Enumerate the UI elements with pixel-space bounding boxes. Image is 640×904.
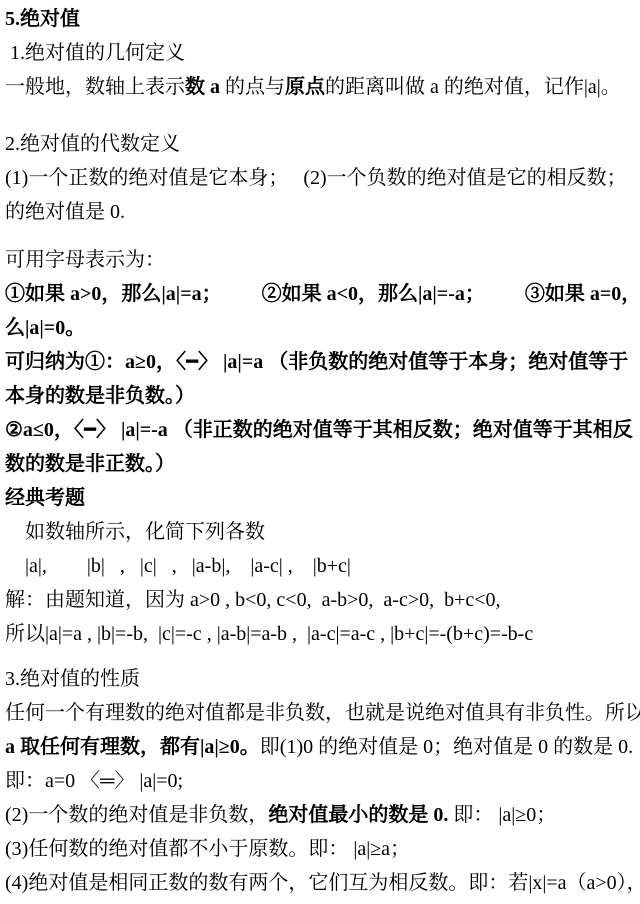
heading-properties: 3.绝对值的性质 bbox=[5, 662, 635, 696]
text-segment: |a|, |b| , |c| , |a-b|, |a-c| , |b+c| bbox=[5, 555, 351, 577]
text-segment: ②a≤0，〈━〉 |a|=-a （非正数的绝对值等于其相反数；绝对值等于其相反 bbox=[5, 419, 633, 441]
text-segment: ①如果 a>0，那么|a|=a； ②如果 a<0，那么|a|=-a； ③如果 a… bbox=[5, 283, 640, 305]
summary-rule-2-line-1: ②a≤0，〈━〉 |a|=-a （非正数的绝对值等于其相反数；绝对值等于其相反 bbox=[5, 413, 635, 447]
text-segment: 5.绝对值 bbox=[5, 8, 80, 30]
text-segment: (1)一个正数的绝对值是它本身； (2)一个负数的绝对值是它的相反数； (3)0 bbox=[5, 167, 640, 189]
text-segment: 经典考题 bbox=[5, 487, 85, 509]
solution-line-1: 解：由题知道，因为 a>0 , b<0, c<0, a-b>0, a-c>0, … bbox=[5, 583, 635, 617]
property-2: (2)一个数的绝对值是非负数，绝对值最小的数是 0. 即： |a|≥0； bbox=[5, 798, 635, 832]
heading-classic-problems: 经典考题 bbox=[5, 481, 635, 515]
property-3: (3)任何数的绝对值都不小于原数。即： |a|≥a； bbox=[5, 832, 635, 866]
text-segment: a 取任何有理数，都有|a|≥0。 bbox=[5, 736, 260, 758]
text-segment: 所以|a|=a , |b|=-b, |c|=-c , |a-b|=a-b , |… bbox=[5, 623, 533, 645]
letter-cases-line-1: ①如果 a>0，那么|a|=a； ②如果 a<0，那么|a|=-a； ③如果 a… bbox=[5, 277, 635, 311]
text-segment: 数的数是非正数。） bbox=[5, 453, 175, 475]
text-segment: 的绝对值是 0. bbox=[5, 201, 125, 223]
algebraic-definition-line-1: (1)一个正数的绝对值是它本身； (2)一个负数的绝对值是它的相反数； (3)0 bbox=[5, 161, 635, 195]
heading-geometric-definition: 1.绝对值的几何定义 bbox=[5, 36, 635, 70]
text-segment: 即：a=0 〈═〉 |a|=0; bbox=[5, 770, 183, 792]
algebraic-definition-line-2: 的绝对值是 0. bbox=[5, 195, 635, 229]
heading-letter-notation: 可用字母表示为： bbox=[5, 243, 635, 277]
text-segment: 1.绝对值的几何定义 bbox=[5, 42, 185, 64]
summary-rule-1-line-1: 可归纳为①：a≥0，〈━〉 |a|=a （非负数的绝对值等于本身；绝对值等于 bbox=[5, 345, 635, 379]
text-segment: (2)一个数的绝对值是非负数， bbox=[5, 804, 268, 826]
text-segment: 可归纳为①：a≥0，〈━〉 |a|=a （非负数的绝对值等于本身；绝对值等于 bbox=[5, 351, 628, 373]
text-segment: 本身的数是非负数。） bbox=[5, 385, 195, 407]
problem-statement: 如数轴所示，化简下列各数 bbox=[5, 515, 635, 549]
summary-rule-2-line-2: 数的数是非正数。） bbox=[5, 447, 635, 481]
text-segment: 的距离叫做 a 的绝对值，记作|a|。 bbox=[325, 76, 621, 98]
text-segment: 如数轴所示，化简下列各数 bbox=[5, 521, 265, 543]
text-segment: 任何一个有理数的绝对值都是非负数，也就是说绝对值具有非负性。所以, bbox=[5, 702, 640, 724]
solution-line-2: 所以|a|=a , |b|=-b, |c|=-c , |a-b|=a-b , |… bbox=[5, 617, 635, 651]
text-segment: 绝对值最小的数是 0. bbox=[268, 804, 448, 826]
title-absolute-value: 5.绝对值 bbox=[5, 2, 635, 36]
summary-rule-1-line-2: 本身的数是非负数。） bbox=[5, 379, 635, 413]
property-1-note: 即：a=0 〈═〉 |a|=0; bbox=[5, 764, 635, 798]
text-segment: 数 a bbox=[185, 76, 225, 98]
geometric-definition-body: 一般地，数轴上表示数 a 的点与原点的距离叫做 a 的绝对值，记作|a|。 bbox=[5, 70, 635, 104]
text-segment: 即(1)0 的绝对值是 0；绝对值是 0 的数是 0. bbox=[260, 736, 633, 758]
text-segment: 2.绝对值的代数定义 bbox=[5, 133, 180, 155]
problem-expressions: |a|, |b| , |c| , |a-b|, |a-c| , |b+c| bbox=[5, 549, 635, 583]
text-segment: 一般地，数轴上表示 bbox=[5, 76, 185, 98]
property-4: (4)绝对值是相同正数的数有两个，它们互为相反数。即：若|x|=a（a>0）， bbox=[5, 866, 635, 900]
text-segment: 解：由题知道，因为 a>0 , b<0, c<0, a-b>0, a-c>0, … bbox=[5, 589, 501, 611]
text-segment: 的点与 bbox=[225, 76, 285, 98]
document-page: 5.绝对值 1.绝对值的几何定义一般地，数轴上表示数 a 的点与原点的距离叫做 … bbox=[0, 0, 640, 900]
letter-cases-line-2: 么|a|=0。 bbox=[5, 311, 635, 345]
property-intro: 任何一个有理数的绝对值都是非负数，也就是说绝对值具有非负性。所以, bbox=[5, 696, 635, 730]
text-segment: 原点 bbox=[285, 76, 325, 98]
text-segment: 可用字母表示为： bbox=[5, 249, 165, 271]
heading-algebraic-definition: 2.绝对值的代数定义 bbox=[5, 127, 635, 161]
text-segment: 3.绝对值的性质 bbox=[5, 668, 140, 690]
text-segment: (3)任何数的绝对值都不小于原数。即： |a|≥a； bbox=[5, 838, 410, 860]
text-segment: 么|a|=0。 bbox=[5, 317, 85, 339]
text-segment: (4)绝对值是相同正数的数有两个，它们互为相反数。即：若|x|=a（a>0）， bbox=[5, 872, 640, 894]
text-segment: 即： |a|≥0； bbox=[448, 804, 556, 826]
property-1: a 取任何有理数，都有|a|≥0。即(1)0 的绝对值是 0；绝对值是 0 的数… bbox=[5, 730, 635, 764]
